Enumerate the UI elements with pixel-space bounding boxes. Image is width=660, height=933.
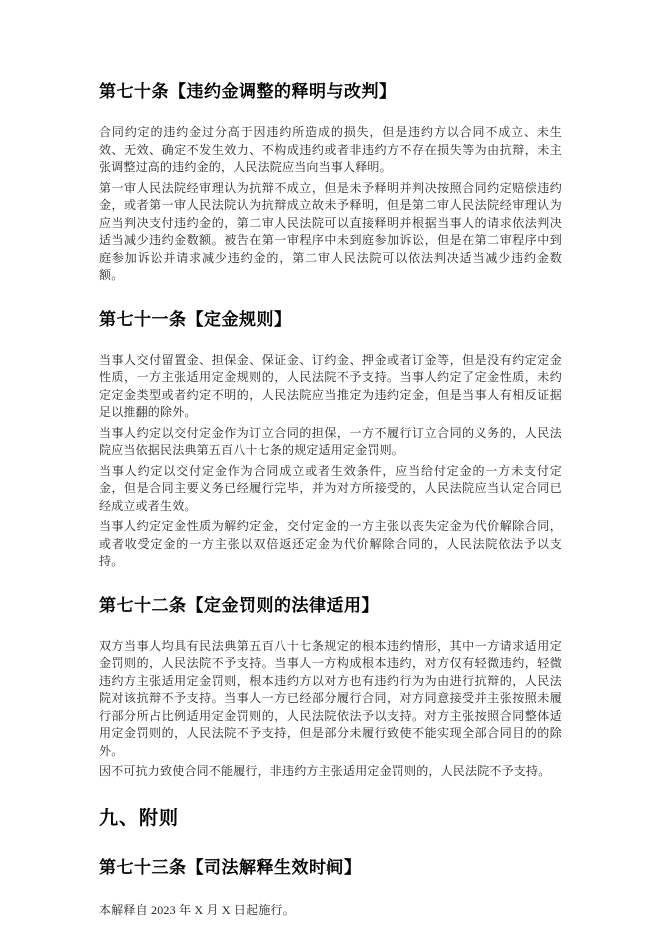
article-71: 第七十一条【定金规则】 当事人交付留置金、担保金、保证金、订约金、押金或者订金等… [99,308,562,571]
article-70: 第七十条【违约金调整的释明与改判】 合同约定的违约金过分高于因违约所造成的损失，… [99,80,562,285]
document-page: 第七十条【违约金调整的释明与改判】 合同约定的违约金过分高于因违约所造成的损失，… [0,0,660,933]
article-70-paragraph-2: 第一审人民法院经审理认为抗辩不成立，但是未予释明并判决按照合同约定赔偿违约金，或… [99,180,562,285]
chapter-heading-appendix: 九、附则 [99,806,562,832]
page-number: 19 [0,862,660,874]
article-71-paragraph-3: 当事人约定以交付定金作为合同成立或者生效条件，应当给付定金的一方未支付定金，但是… [99,463,562,516]
article-71-heading: 第七十一条【定金规则】 [99,308,562,332]
article-72-heading: 第七十二条【定金罚则的法律适用】 [99,594,562,618]
article-72-paragraph-1: 双方当事人均具有民法典第五百八十七条规定的根本违约情形，其中一方请求适用定金罚则… [99,638,562,761]
article-72-paragraph-2: 因不可抗力致使合同不能履行，非违约方主张适用定金罚则的，人民法院不予支持。 [99,763,562,781]
article-71-paragraph-4: 当事人约定定金性质为解约定金，交付定金的一方主张以丧失定金为代价解除合同，或者收… [99,518,562,571]
article-71-paragraph-1: 当事人交付留置金、担保金、保证金、订约金、押金或者订金等，但是没有约定定金性质，… [99,352,562,422]
article-73-paragraph-1: 本解释自 2023 年 X 月 X 日起施行。 [99,902,562,920]
article-71-paragraph-2: 当事人约定以交付定金作为订立合同的担保，一方不履行订立合同的义务的，人民法院应当… [99,425,562,460]
article-72: 第七十二条【定金罚则的法律适用】 双方当事人均具有民法典第五百八十七条规定的根本… [99,594,562,781]
article-70-heading: 第七十条【违约金调整的释明与改判】 [99,80,562,104]
article-70-paragraph-1: 合同约定的违约金过分高于因违约所造成的损失，但是违约方以合同不成立、未生效、无效… [99,124,562,177]
